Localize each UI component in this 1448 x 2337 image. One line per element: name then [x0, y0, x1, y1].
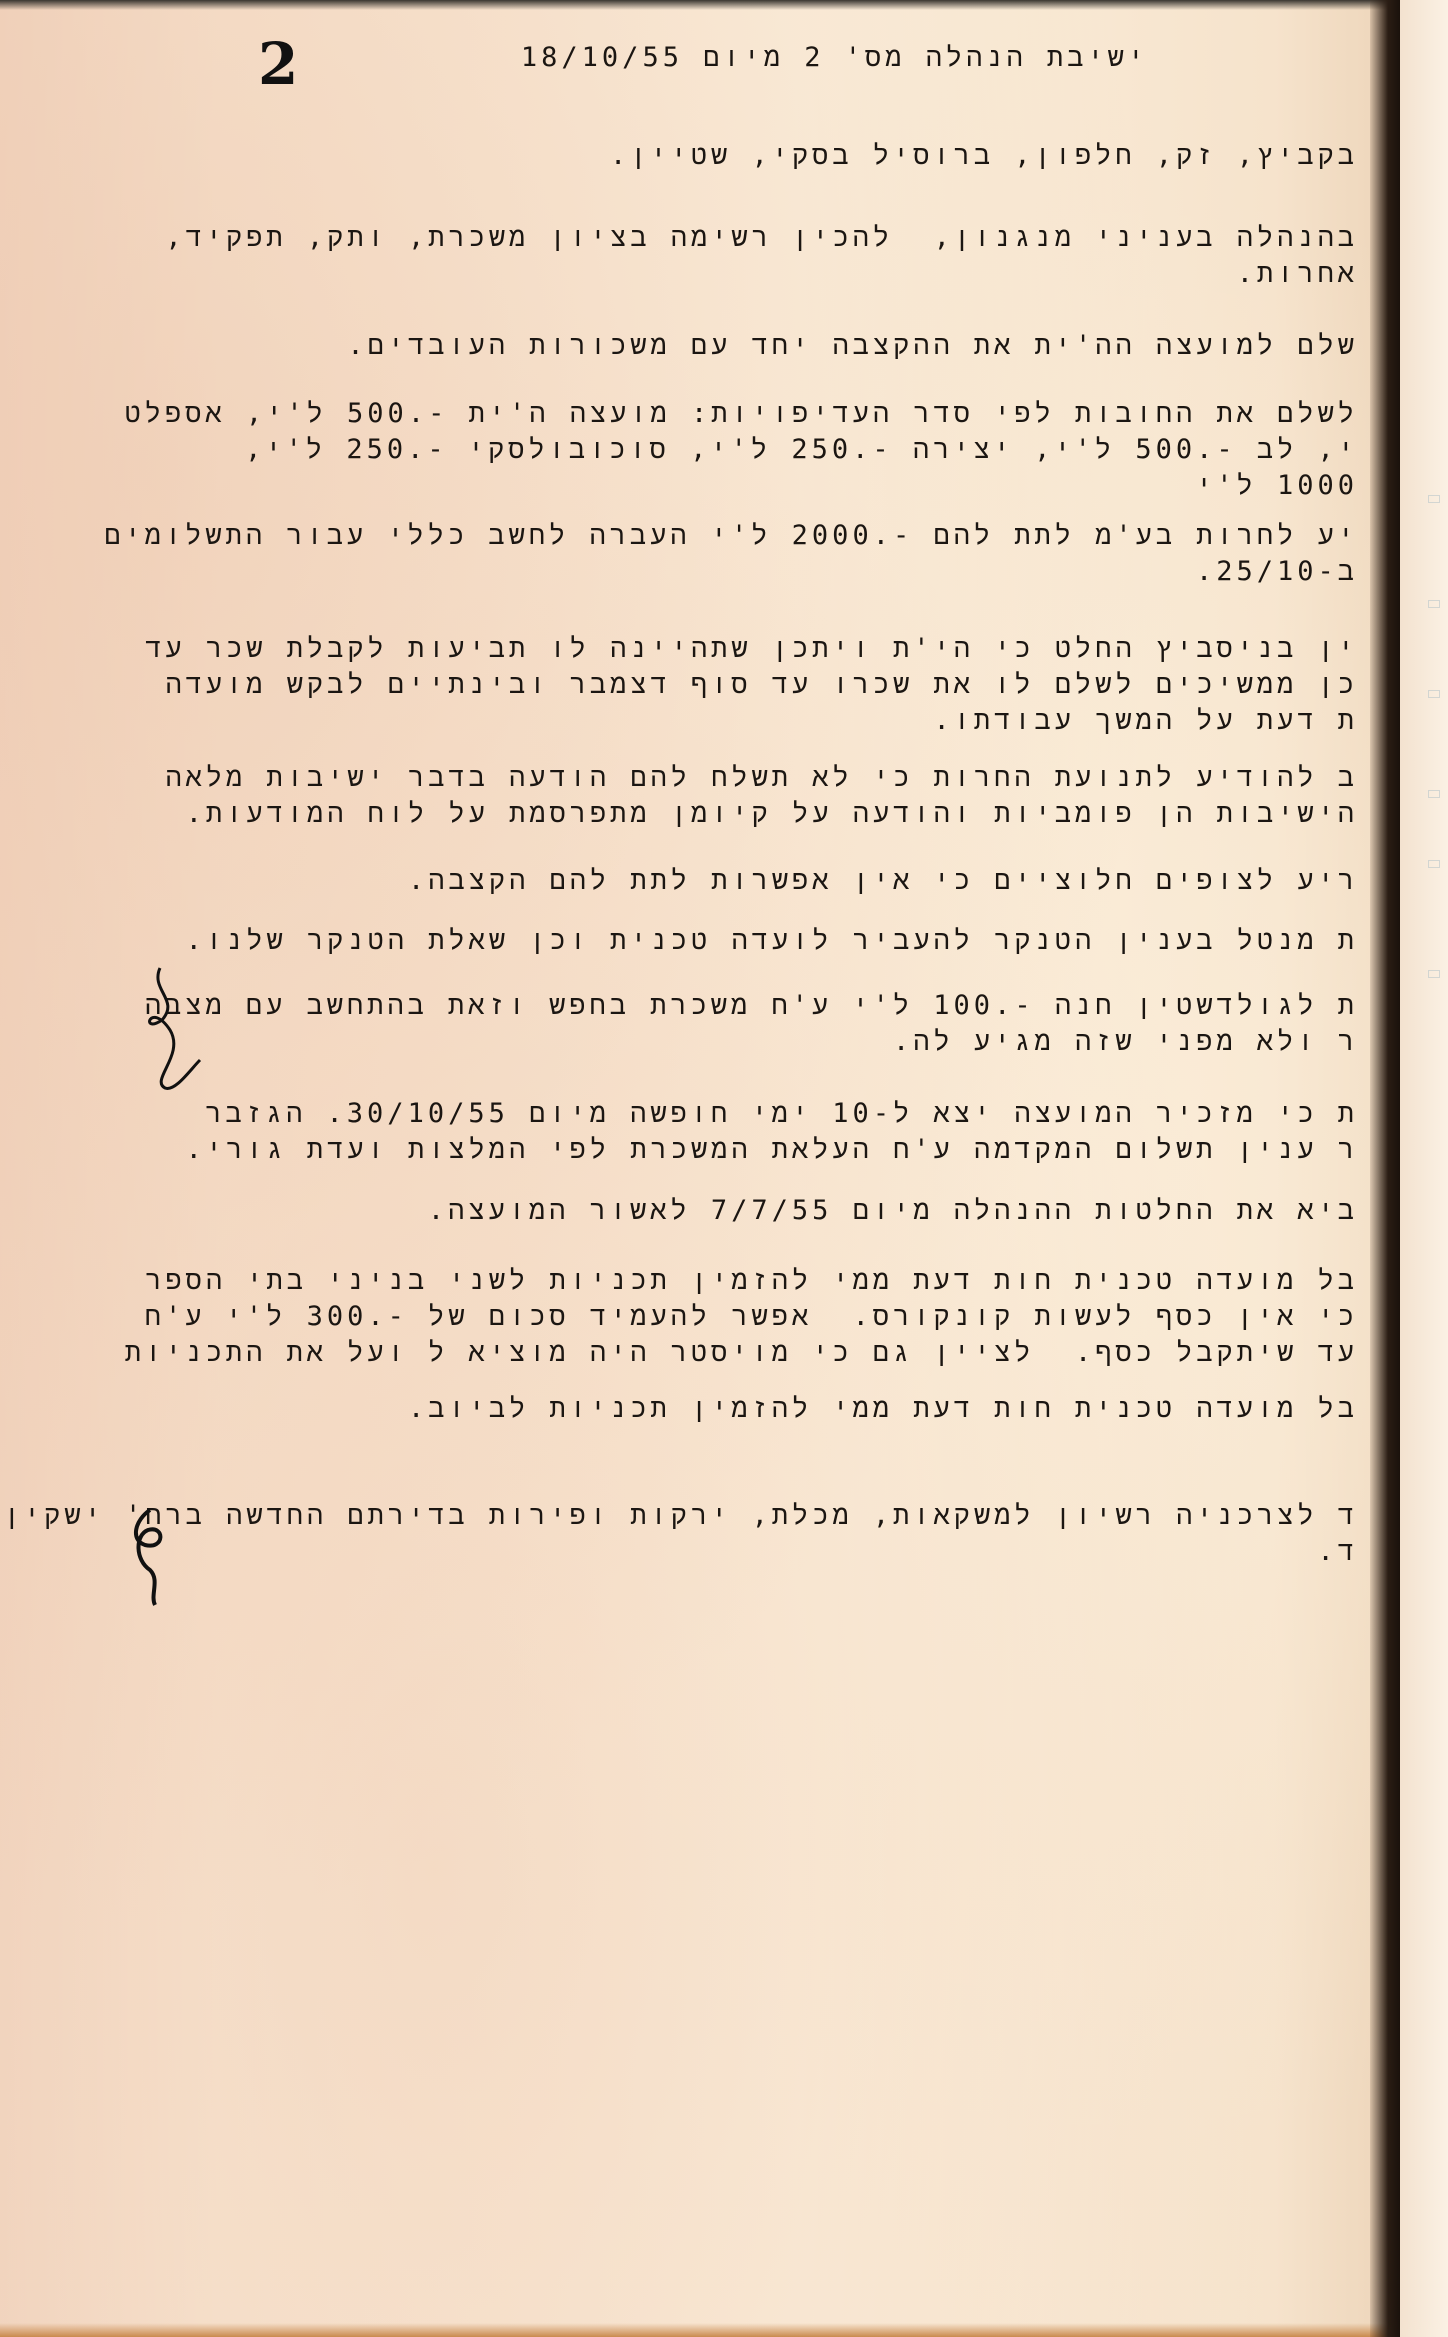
strip-mark	[1428, 495, 1440, 503]
strip-mark	[1428, 690, 1440, 698]
paragraph-12-line: ביא את החלטות ההנהלה מיום 7/7/55 לאשור ה…	[428, 1195, 1358, 1228]
paragraph-9-line: ת מנטל בענין הטנקר להעביר לועדה טכנית וכ…	[186, 925, 1358, 958]
paragraph-3-line: שלם למועצה הה'ית את ההקצבה יחד עם משכורו…	[347, 330, 1358, 363]
paragraph-6-line: ין בניסביץ החלט כי הי'ת ויתכן שתהיינה לו…	[145, 633, 1358, 666]
strip-mark	[1428, 860, 1440, 868]
paragraph-8-line: ריע לצופים חלוציים כי אין אפשרות לתת להם…	[408, 865, 1358, 898]
paragraph-7-line: ב להודיע לתנועת החרות כי לא תשלח להם הוד…	[165, 762, 1358, 795]
paragraph-6-line: כן ממשיכים לשלם לו את שכרו עד סוף דצמבר …	[165, 669, 1358, 702]
paragraph-15-line: ד.	[1318, 1536, 1358, 1569]
paragraph-4-line: לשלם את החובות לפי סדר העדיפויות: מועצה …	[125, 398, 1358, 431]
paragraph-7-line: הישיבות הן פומביות והודעה על קיומן מתפרס…	[186, 798, 1358, 831]
scan-bottom-edge	[0, 2323, 1448, 2337]
strip-mark	[1428, 970, 1440, 978]
margin-brace-mark	[140, 960, 220, 1100]
paragraph-11-line: ר ענין תשלום המקדמה ע'ח העלאת המשכרת לפי…	[186, 1134, 1358, 1167]
paragraph-14-line: בל מועדה טכנית חות דעת ממי להזמין תכניות…	[408, 1393, 1358, 1426]
paragraph-5-line: יע לחרות בע'מ לתת להם -.2000 ל'י העברה ל…	[104, 520, 1358, 553]
binding-shadow	[1370, 0, 1400, 2337]
paragraph-13-line: כי אין כסף לעשות קונקורס. אפשר להעמיד סכ…	[145, 1301, 1358, 1334]
document-title: ישיבת הנהלה מס' 2 מיום 18/10/55	[521, 42, 1148, 75]
paragraph-11-line: ת כי מזכיר המועצה יצא ל-10 ימי חופשה מיו…	[205, 1098, 1358, 1131]
paragraph-1-line: בקביץ, זק, חלפון, ברוסיל בסקי, שטיין.	[610, 140, 1358, 173]
margin-signature-mark	[120, 1500, 180, 1610]
paragraph-4-line: י, לב -.500 ל'י, יצירה -.250 ל'י, סוכובו…	[245, 434, 1358, 467]
paragraph-2-line: אחרות.	[1237, 258, 1358, 291]
paragraph-15-line: ד לצרכניה רשיון למשקאות, מכלת, ירקות ופי…	[4, 1500, 1358, 1533]
paragraph-4-line: 1000 ל'י	[1196, 470, 1358, 503]
paragraph-10-line: ת לגולדשטין חנה -.100 ל'י ע'ח משכרת בחפש…	[145, 990, 1358, 1023]
strip-mark	[1428, 600, 1440, 608]
next-page-strip	[1400, 0, 1448, 2337]
paragraph-5-line: ב-25/10.	[1196, 556, 1358, 589]
paragraph-13-line: בל מועדה טכנית חות דעת ממי להזמין תכניות…	[145, 1265, 1358, 1298]
paragraph-2-line: בהנהלה בעניני מנגנון, להכין רשימה בציון …	[165, 222, 1358, 255]
handwritten-page-number: 2	[258, 30, 298, 98]
paragraph-10-line: ר ולא מפני שזה מגיע לה.	[893, 1026, 1358, 1059]
scan-top-edge	[0, 0, 1448, 10]
strip-mark	[1428, 790, 1440, 798]
paragraph-6-line: ת דעת על המשך עבודתו.	[933, 705, 1358, 738]
paragraph-13-line: עד שיתקבל כסף. לציין גם כי מויסטר היה מו…	[125, 1337, 1358, 1370]
